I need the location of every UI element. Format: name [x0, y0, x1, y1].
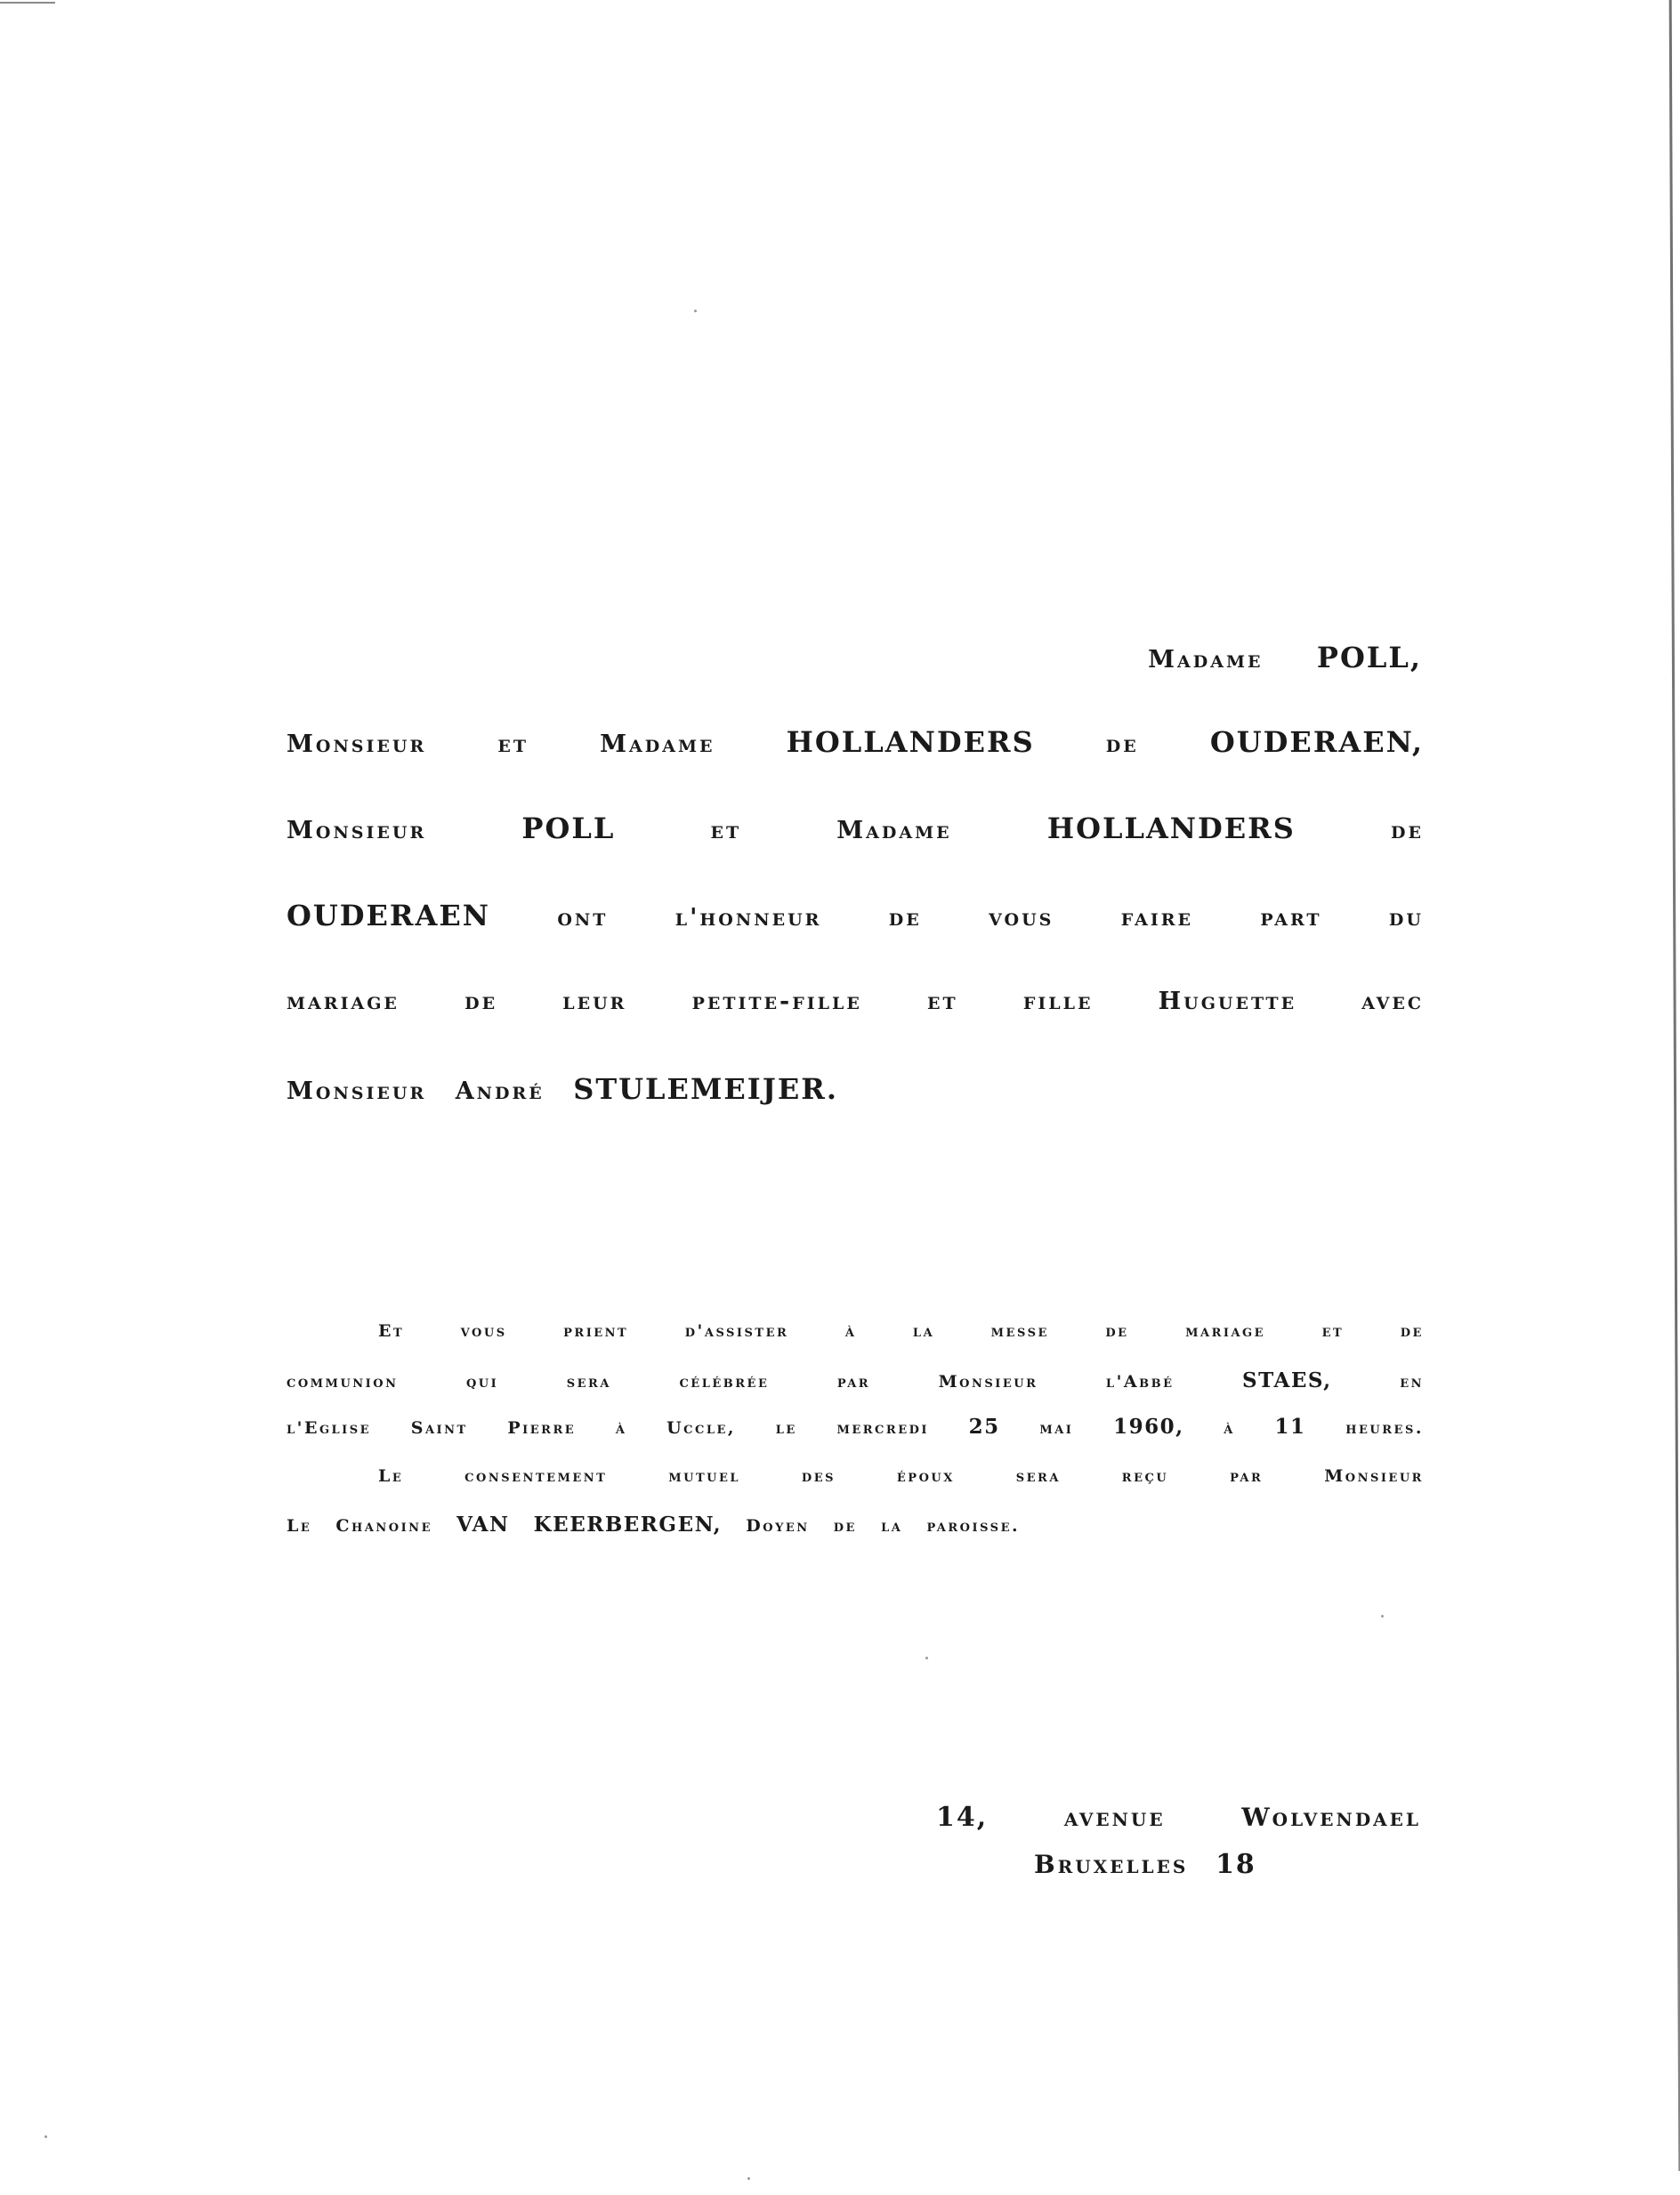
word: Et — [378, 1321, 404, 1341]
word: vous — [989, 904, 1054, 932]
announcer-line-5: mariage de leur petite-fille et fille Hu… — [287, 988, 1424, 1015]
word: et — [1322, 1321, 1345, 1341]
surname-poll: POLL — [521, 811, 615, 845]
word: la — [881, 1516, 902, 1536]
canon-surname-part: VAN — [456, 1513, 509, 1537]
word: à — [1224, 1418, 1235, 1438]
word: heures. — [1345, 1418, 1424, 1438]
word: Monsieur — [1324, 1466, 1424, 1486]
announcer-line-6: Monsieur André STULEMEIJER. — [287, 1072, 838, 1106]
word: petite-fille — [692, 988, 862, 1015]
word: mercredi — [836, 1418, 929, 1438]
word: mariage — [1185, 1321, 1265, 1341]
word: d'assister — [685, 1321, 789, 1341]
word: de — [889, 904, 922, 932]
scan-speck — [925, 1657, 928, 1659]
invitation-line-3: l'Eglise Saint Pierre à Uccle, le mercre… — [287, 1415, 1424, 1439]
word: Uccle, — [666, 1418, 736, 1438]
bride-name: Huguette — [1159, 988, 1296, 1015]
word: et — [711, 817, 742, 844]
groom-first-name: André — [456, 1077, 545, 1105]
word: l'Eglise — [287, 1418, 371, 1438]
surname-hollanders: HOLLANDERS — [787, 725, 1035, 759]
word: vous — [461, 1321, 507, 1341]
word: qui — [466, 1372, 498, 1392]
date-year: 1960, — [1113, 1415, 1184, 1439]
word: Monsieur — [939, 1372, 1038, 1392]
word: de — [1105, 1321, 1128, 1341]
canon-surname: KEERBERGEN, — [534, 1513, 722, 1537]
word: Le — [287, 1516, 311, 1536]
word: par — [1230, 1466, 1263, 1486]
word: à — [845, 1321, 857, 1341]
invitation-line-1: Et vous prient d'assister à la messe de … — [378, 1321, 1424, 1341]
word: de — [834, 1516, 857, 1536]
scan-speck — [1381, 1615, 1384, 1618]
word: Le — [378, 1466, 403, 1486]
word: messe — [991, 1321, 1049, 1341]
word: de — [1106, 730, 1139, 758]
word: Chanoine — [335, 1516, 432, 1536]
groom-surname: STULEMEIJER. — [573, 1072, 838, 1106]
word: Monsieur — [287, 730, 426, 758]
surname-ouderaen: OUDERAEN, — [1210, 725, 1424, 759]
word: le — [776, 1418, 797, 1438]
word: célébrée — [679, 1372, 769, 1392]
word: de — [1401, 1321, 1424, 1341]
surname-poll: POLL, — [1317, 641, 1422, 674]
word: l'Abbé — [1106, 1372, 1175, 1392]
word: reçu — [1122, 1466, 1168, 1486]
word: mutuel — [668, 1466, 740, 1486]
word: part — [1260, 904, 1321, 932]
word: Madame — [1148, 646, 1263, 674]
surname-hollanders: HOLLANDERS — [1047, 811, 1296, 845]
date-month: mai — [1039, 1418, 1073, 1438]
word: faire — [1121, 904, 1193, 932]
priest-surname: STAES, — [1242, 1368, 1332, 1392]
announcer-line-1: Madame POLL, — [1148, 641, 1422, 674]
invitation-line-5: Le Chanoine VAN KEERBERGEN, Doyen de la … — [287, 1513, 1036, 1537]
word: la — [913, 1321, 934, 1341]
word: en — [1400, 1372, 1424, 1392]
word: des — [802, 1466, 836, 1486]
announcer-line-3: Monsieur POLL et Madame HOLLANDERS de — [287, 811, 1424, 845]
announcer-line-4: OUDERAEN ont l'honneur de vous faire par… — [287, 899, 1424, 932]
surname-ouderaen: OUDERAEN — [287, 899, 490, 932]
word: époux — [897, 1466, 955, 1486]
word: à — [616, 1418, 627, 1438]
word: sera — [1016, 1466, 1061, 1486]
street-name: Wolvendael — [1241, 1803, 1421, 1832]
invitation-line-2: communion qui sera célébrée par Monsieur… — [287, 1368, 1424, 1392]
word: de — [1391, 817, 1424, 844]
word: de — [464, 988, 497, 1015]
word: consentement — [464, 1466, 607, 1486]
word: l'honneur — [675, 904, 822, 932]
address-street: 14, avenue Wolvendael — [936, 1802, 1421, 1833]
word: Monsieur — [287, 817, 426, 844]
scan-edge-right — [1669, 0, 1680, 2171]
word: Madame — [600, 730, 715, 758]
word: avenue — [1064, 1803, 1166, 1832]
word: Monsieur — [287, 1077, 426, 1105]
scan-speck — [694, 310, 697, 312]
word: et — [927, 988, 958, 1015]
word: Doyen — [746, 1516, 809, 1536]
time-hour: 11 — [1275, 1415, 1306, 1439]
date-day: 25 — [969, 1415, 1000, 1439]
word: paroisse. — [926, 1516, 1020, 1536]
word: ont — [557, 904, 608, 932]
word: mariage — [287, 988, 400, 1015]
word: sera — [567, 1372, 611, 1392]
word: avec — [1361, 988, 1424, 1015]
address-city: Bruxelles 18 — [1034, 1849, 1272, 1880]
word: Saint — [411, 1418, 468, 1438]
city-name: Bruxelles — [1034, 1850, 1188, 1879]
word: fille — [1023, 988, 1094, 1015]
word: communion — [287, 1372, 398, 1392]
scan-speck — [44, 2135, 47, 2138]
word: du — [1389, 904, 1424, 932]
announcer-line-2: Monsieur et Madame HOLLANDERS de OUDERAE… — [287, 725, 1424, 759]
word: Pierre — [507, 1418, 576, 1438]
street-number: 14, — [936, 1802, 988, 1833]
scan-edge-top — [0, 2, 55, 4]
word: Madame — [836, 817, 951, 844]
scan-speck — [747, 2177, 750, 2180]
word: par — [837, 1372, 870, 1392]
word: prient — [563, 1321, 628, 1341]
word: leur — [562, 988, 626, 1015]
invitation-line-4: Le consentement mutuel des époux sera re… — [378, 1466, 1424, 1486]
word: et — [497, 730, 529, 758]
postal-district: 18 — [1216, 1849, 1256, 1880]
